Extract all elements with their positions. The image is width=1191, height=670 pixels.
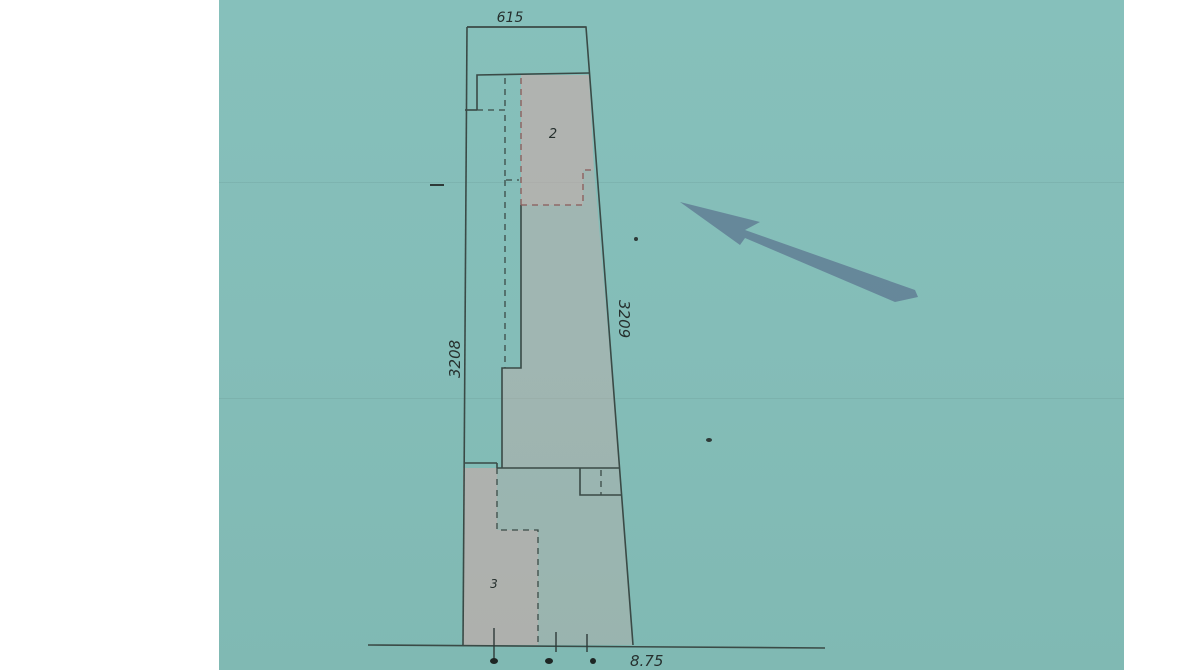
dimension-bottom: 8.75 bbox=[630, 652, 663, 670]
dimension-top: 615 bbox=[497, 10, 524, 26]
highlighted-building-areas bbox=[463, 75, 633, 645]
dimension-right: 3209 bbox=[615, 300, 633, 338]
room-label-upper: 2 bbox=[549, 127, 557, 142]
dimension-left: 3208 bbox=[446, 340, 464, 378]
central-strip-fill bbox=[502, 170, 620, 468]
street-line bbox=[368, 645, 825, 648]
north-arrow-icon bbox=[680, 202, 918, 302]
room-label-lower: 3 bbox=[490, 577, 498, 591]
site-plan-drawing: 615 3208 3209 8.75 2 3 bbox=[0, 0, 1191, 670]
marker-dots bbox=[490, 658, 596, 664]
